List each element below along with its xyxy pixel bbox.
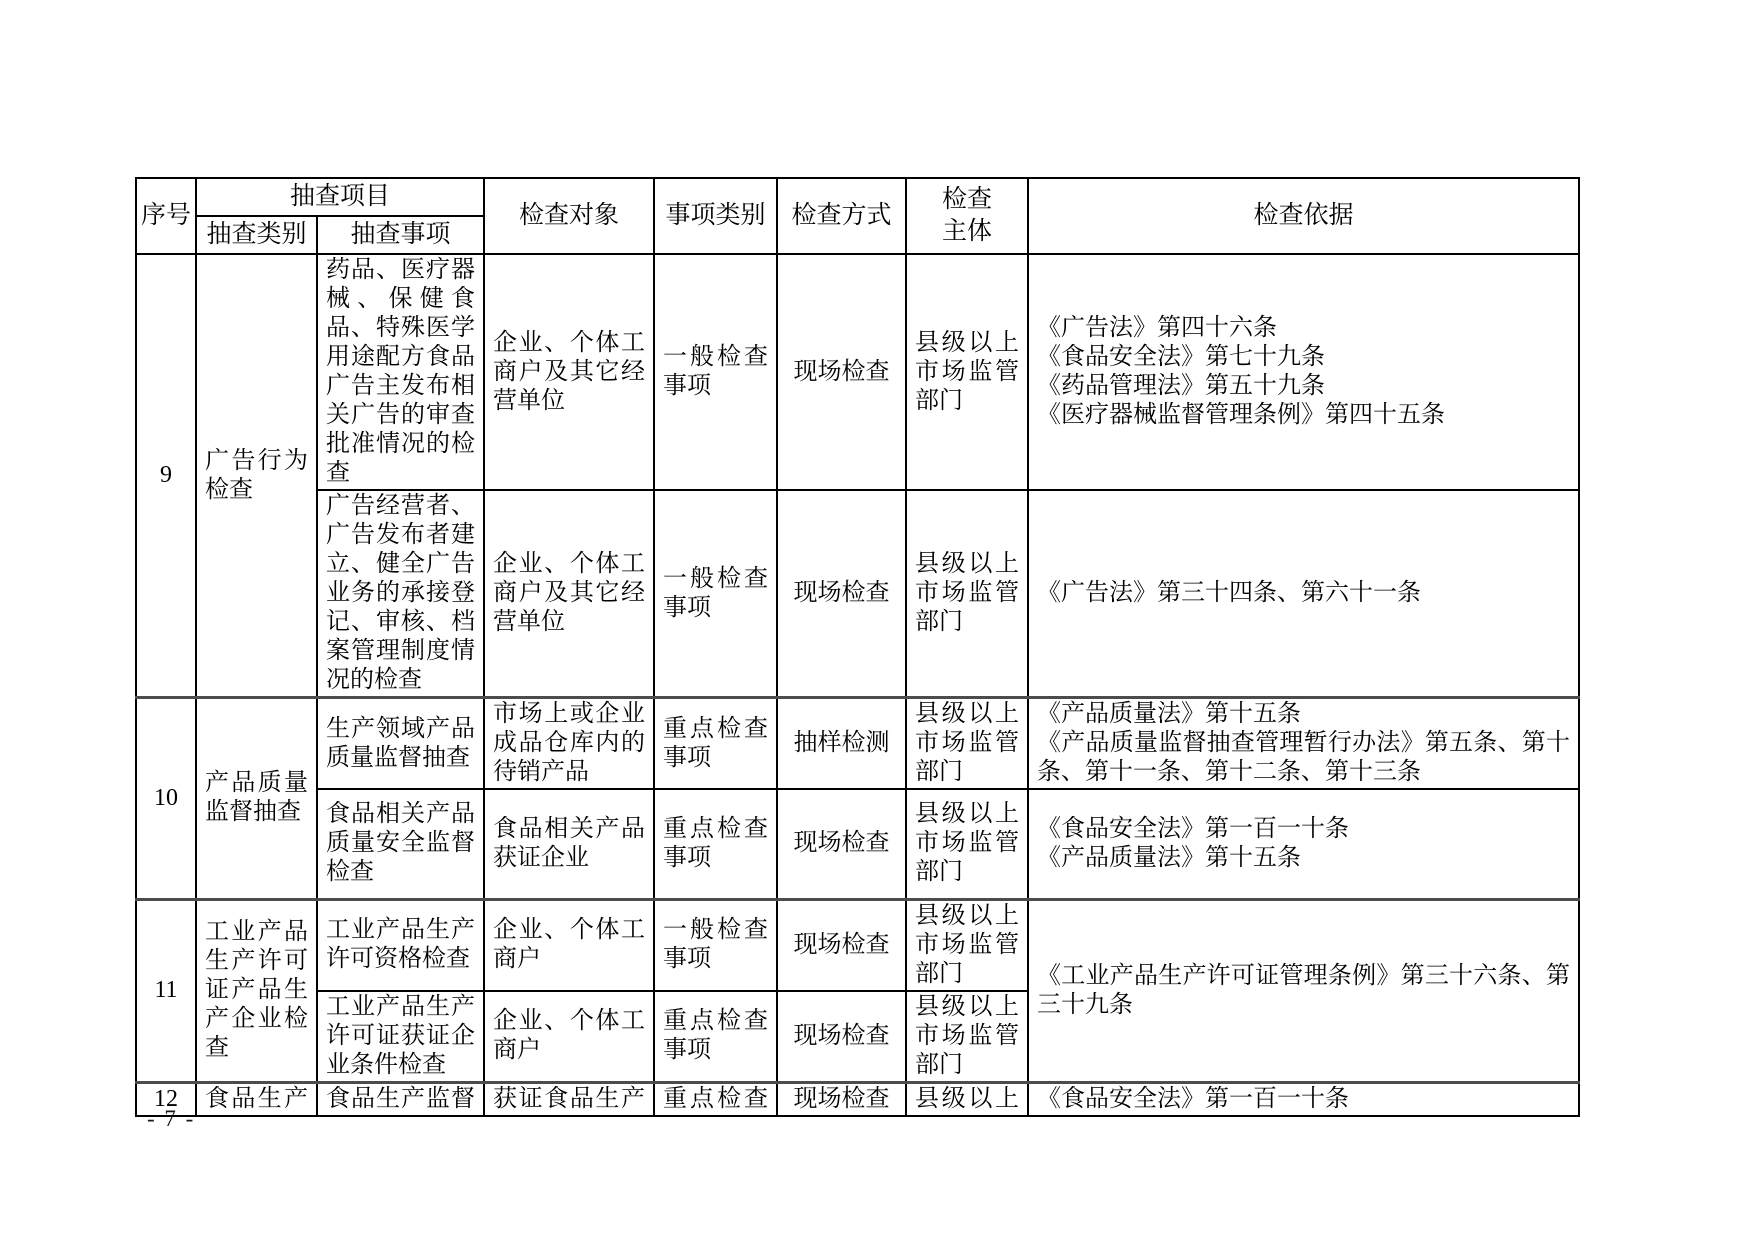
row-11a-subject: 县级以上市场监管部门 — [906, 899, 1028, 991]
row-10b-subject: 县级以上市场监管部门 — [906, 789, 1028, 899]
table-row-10b: 食品相关产品质量安全监督检查 食品相关产品获证企业 重点检查事项 现场检查 县级… — [136, 789, 1579, 899]
row-10a-item: 生产领域产品质量监督抽查 — [317, 698, 484, 790]
row-11b-type: 重点检查事项 — [654, 991, 777, 1083]
row-11b-subject: 县级以上市场监管部门 — [906, 991, 1028, 1083]
header-inspection-subject: 检查 主体 — [906, 178, 1028, 254]
row-9b-type: 一般检查事项 — [654, 490, 777, 698]
page-number: - 7 - — [147, 1106, 195, 1132]
row-12-target: 获证食品生产 — [484, 1082, 654, 1116]
row-10b-target: 食品相关产品获证企业 — [484, 789, 654, 899]
header-sampling-category: 抽查类别 — [196, 216, 317, 254]
table-row-12: 12 食品生产 食品生产监督 获证食品生产 重点检查 现场检查 县级以上 《食品… — [136, 1082, 1579, 1116]
row-10b-basis: 《食品安全法》第一百一十条 《产品质量法》第十五条 — [1028, 789, 1579, 899]
row-10a-subject: 县级以上市场监管部门 — [906, 698, 1028, 790]
row-10-serial: 10 — [136, 698, 196, 900]
row-9b-basis: 《广告法》第三十四条、第六十一条 — [1028, 490, 1579, 698]
row-10a-target: 市场上或企业成品仓库内的待销产品 — [484, 698, 654, 790]
row-11-category: 工业产品生产许可证产品生产企业检查 — [196, 899, 317, 1082]
document-page: 序号 抽查项目 检查对象 事项类别 检查方式 检查 主体 检查依据 抽查类别 抽… — [0, 0, 1754, 1241]
row-9a-target: 企业、个体工商户及其它经营单位 — [484, 254, 654, 490]
header-inspection-method: 检查方式 — [777, 178, 906, 254]
row-12-category: 食品生产 — [196, 1082, 317, 1116]
table-row-9a: 9 广告行为检查 药品、医疗器械、保健食品、特殊医学用途配方食品广告主发布相关广… — [136, 254, 1579, 490]
row-9a-subject: 县级以上市场监管部门 — [906, 254, 1028, 490]
table-row-11a: 11 工业产品生产许可证产品生产企业检查 工业产品生产许可资格检查 企业、个体工… — [136, 899, 1579, 991]
row-11a-target: 企业、个体工商户 — [484, 899, 654, 991]
header-item-type: 事项类别 — [654, 178, 777, 254]
row-11a-type: 一般检查事项 — [654, 899, 777, 991]
row-10a-basis: 《产品质量法》第十五条 《产品质量监督抽查管理暂行办法》第五条、第十条、第十一条… — [1028, 698, 1579, 790]
row-11-basis: 《工业产品生产许可证管理条例》第三十六条、第三十九条 — [1028, 899, 1579, 1082]
row-10b-item: 食品相关产品质量安全监督检查 — [317, 789, 484, 899]
header-sampling-item: 抽查事项 — [317, 216, 484, 254]
header-inspection-target: 检查对象 — [484, 178, 654, 254]
table-row-9b: 广告经营者、广告发布者建立、健全广告业务的承接登记、审核、档案管理制度情况的检查… — [136, 490, 1579, 698]
row-10-category: 产品质量监督抽查 — [196, 698, 317, 900]
row-11b-item: 工业产品生产许可证获证企业条件检查 — [317, 991, 484, 1083]
table-row-10a: 10 产品质量监督抽查 生产领域产品质量监督抽查 市场上或企业成品仓库内的待销产… — [136, 698, 1579, 790]
row-10b-type: 重点检查事项 — [654, 789, 777, 899]
row-12-type: 重点检查 — [654, 1082, 777, 1116]
row-9b-target: 企业、个体工商户及其它经营单位 — [484, 490, 654, 698]
header-serial-number: 序号 — [136, 178, 196, 254]
row-9a-item: 药品、医疗器械、保健食品、特殊医学用途配方食品广告主发布相关广告的审查批准情况的… — [317, 254, 484, 490]
table-header-row-1: 序号 抽查项目 检查对象 事项类别 检查方式 检查 主体 检查依据 — [136, 178, 1579, 216]
row-9a-method: 现场检查 — [777, 254, 906, 490]
row-12-method: 现场检查 — [777, 1082, 906, 1116]
row-9-serial: 9 — [136, 254, 196, 698]
row-11-serial: 11 — [136, 899, 196, 1082]
header-inspection-basis: 检查依据 — [1028, 178, 1579, 254]
row-12-subject: 县级以上 — [906, 1082, 1028, 1116]
row-11a-item: 工业产品生产许可资格检查 — [317, 899, 484, 991]
row-11b-target: 企业、个体工商户 — [484, 991, 654, 1083]
row-11b-method: 现场检查 — [777, 991, 906, 1083]
row-11a-method: 现场检查 — [777, 899, 906, 991]
row-9b-item: 广告经营者、广告发布者建立、健全广告业务的承接登记、审核、档案管理制度情况的检查 — [317, 490, 484, 698]
row-10a-method: 抽样检测 — [777, 698, 906, 790]
row-10a-type: 重点检查事项 — [654, 698, 777, 790]
row-9b-subject: 县级以上市场监管部门 — [906, 490, 1028, 698]
row-12-basis: 《食品安全法》第一百一十条 — [1028, 1082, 1579, 1116]
row-9b-method: 现场检查 — [777, 490, 906, 698]
header-sampling-project: 抽查项目 — [196, 178, 484, 216]
row-9a-type: 一般检查事项 — [654, 254, 777, 490]
row-9a-basis: 《广告法》第四十六条 《食品安全法》第七十九条 《药品管理法》第五十九条 《医疗… — [1028, 254, 1579, 490]
row-9-category: 广告行为检查 — [196, 254, 317, 698]
row-10b-method: 现场检查 — [777, 789, 906, 899]
inspection-items-table: 序号 抽查项目 检查对象 事项类别 检查方式 检查 主体 检查依据 抽查类别 抽… — [135, 177, 1580, 1117]
row-12-item: 食品生产监督 — [317, 1082, 484, 1116]
